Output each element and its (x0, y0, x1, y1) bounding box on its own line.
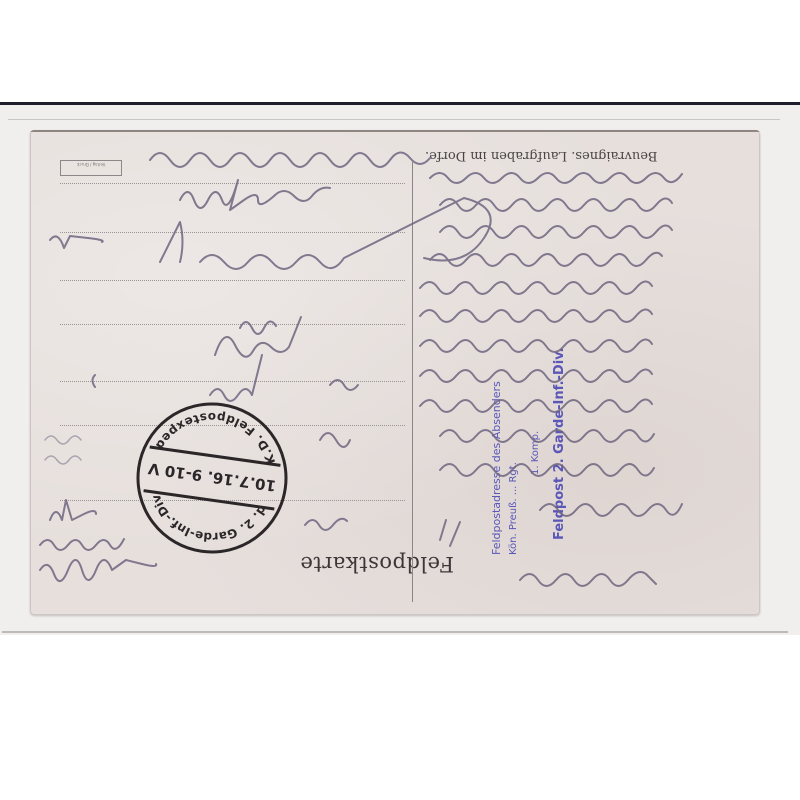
unit-stamp-line: Kön. Preuß. ... Rgt. (508, 315, 526, 555)
card-top-edge (30, 130, 760, 132)
postmark-stamp: d. 2. Garde-Inf.-Div. K.D. Feldpostexped… (132, 398, 292, 558)
unit-stamp: Feldpostadresse des Absenders Kön. Preuß… (470, 295, 610, 555)
address-line (60, 381, 405, 382)
title-text: Feldpostkarte (300, 552, 454, 576)
address-line (60, 232, 405, 233)
card-divider-line (412, 162, 413, 602)
unit-stamp-line: 1. Komp. (530, 375, 548, 475)
printed-title: Feldpostkarte (300, 552, 454, 576)
scan-bottom-edge (2, 631, 788, 633)
scan-edge-line (8, 119, 780, 120)
unit-stamp-line: Feldpostadresse des Absenders (490, 295, 510, 555)
svg-text:10.7.16. 9-10 V: 10.7.16. 9-10 V (147, 459, 278, 495)
caption-text: Beuvraignes. Laufgraben im Dorfe. (425, 148, 658, 163)
unit-stamp-line: Feldpost 2. Garde-Inf.-Div. (552, 295, 574, 540)
address-line (60, 324, 405, 325)
printed-caption: Beuvraignes. Laufgraben im Dorfe. (425, 148, 658, 163)
publisher-mark: Verlag / Druck (60, 160, 122, 176)
address-line (60, 183, 405, 184)
address-line (60, 280, 405, 281)
